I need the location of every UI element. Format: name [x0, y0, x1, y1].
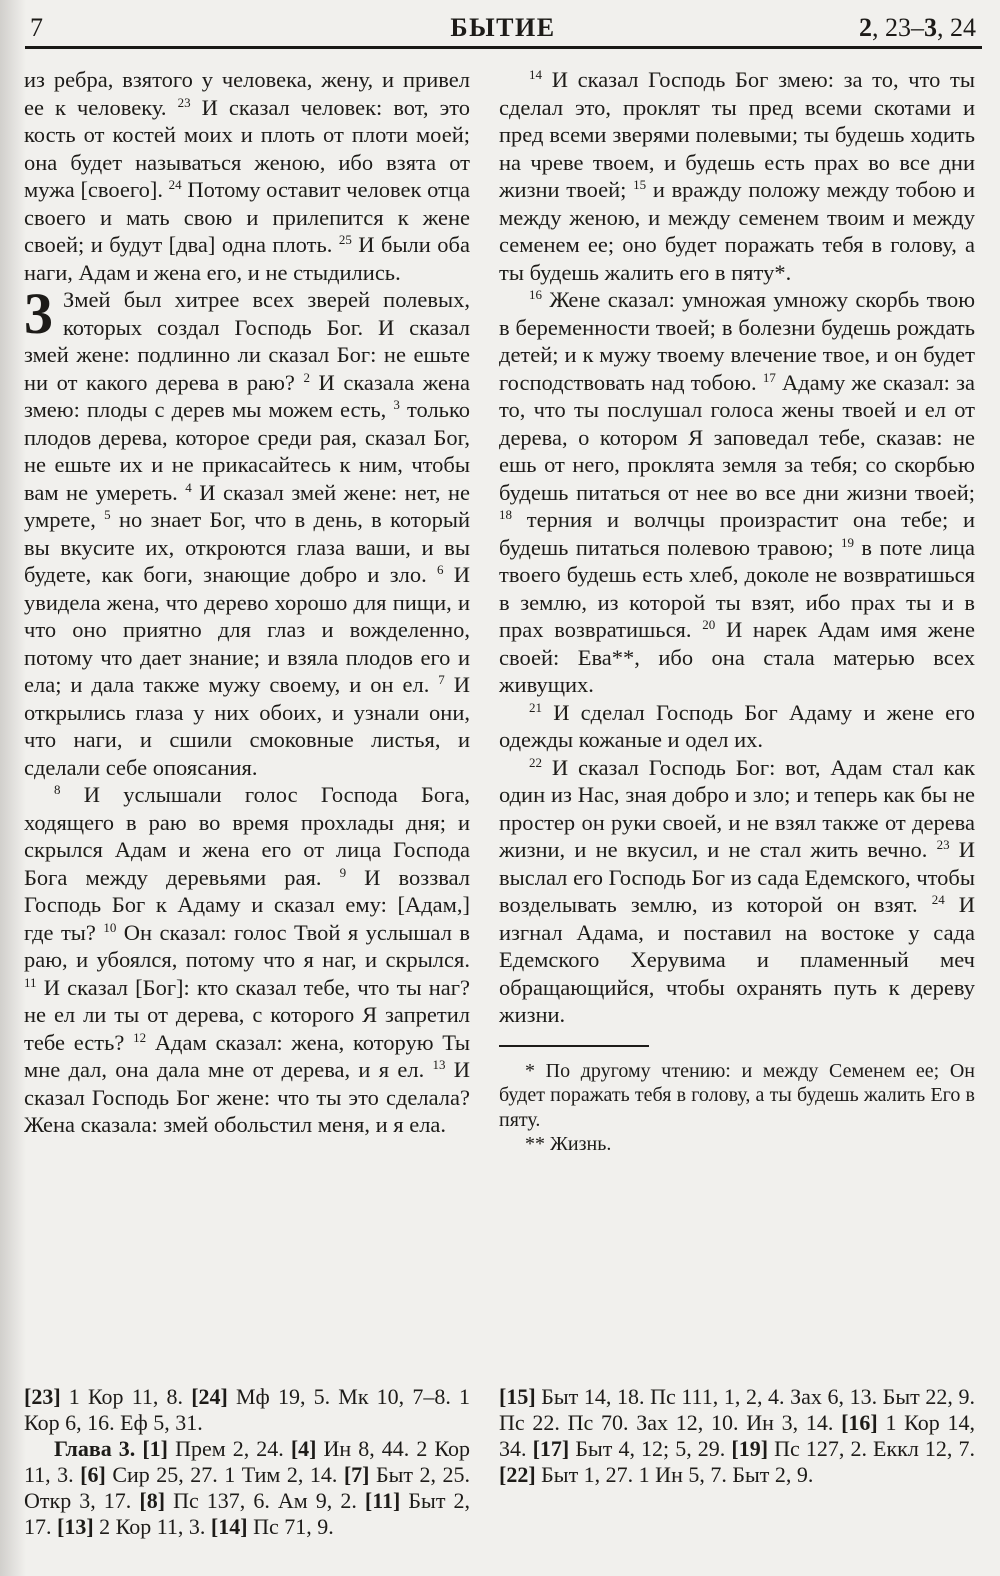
bold-text: [16]	[841, 1410, 878, 1435]
verse-number: 19	[841, 535, 854, 550]
verse-number: 16	[529, 287, 542, 302]
verse-number: 12	[133, 1030, 146, 1045]
verse-number: 8	[54, 782, 61, 797]
verse-number: 22	[529, 755, 542, 770]
page-number: 7	[30, 13, 43, 43]
verse-number: 5	[104, 507, 111, 522]
verse-range: 2, 23–3, 24	[859, 13, 976, 43]
bold-text: [8]	[139, 1488, 165, 1513]
bold-text: [23]	[24, 1384, 61, 1409]
verse-number: 25	[339, 232, 352, 247]
bold-text: [22]	[499, 1462, 536, 1487]
verse-number: 14	[529, 67, 542, 82]
verse-number: 18	[499, 507, 512, 522]
bold-text: [11]	[365, 1488, 400, 1513]
verse-number: 11	[24, 975, 37, 990]
bold-text: [1]	[142, 1436, 168, 1461]
chapter-number-dropcap: 3	[24, 289, 53, 338]
verse-number: 21	[529, 700, 542, 715]
header-rule	[25, 46, 982, 49]
running-header: 7 БЫТИЕ 2, 23–3, 24	[30, 11, 976, 45]
left-column: из ребра, взятого у человека, жену, и пр…	[24, 66, 470, 1576]
footnote-paragraph: * По другому чтению: и между Семенем ее;…	[499, 1059, 975, 1133]
scan-edge-shadow	[0, 0, 26, 1576]
bold-text: Глава 3.	[54, 1436, 135, 1461]
scripture-paragraph: 21 И сделал Господь Бог Адаму и жене его…	[499, 699, 975, 754]
verse-number: 2	[303, 370, 310, 385]
bold-text: [19]	[731, 1436, 768, 1461]
cross-reference-paragraph: [15] Быт 14, 18. Пс 111, 1, 2, 4. Зах 6,…	[499, 1384, 975, 1488]
scripture-paragraph: из ребра, взятого у человека, жену, и пр…	[24, 66, 470, 286]
verse-number: 6	[437, 562, 444, 577]
right-column-scripture-text: 14 И сказал Господь Бог змею: за то, что…	[499, 66, 975, 1029]
bold-text: [7]	[344, 1462, 370, 1487]
bold-text: [17]	[533, 1436, 570, 1461]
verse-number: 24	[932, 892, 945, 907]
verse-number: 7	[438, 672, 445, 687]
bold-text: 2	[859, 13, 872, 42]
bold-text: [24]	[191, 1384, 228, 1409]
verse-number: 23	[937, 837, 950, 852]
verse-number: 15	[633, 177, 646, 192]
scripture-paragraph: 16 Жене сказал: умножая умножу скорбь тв…	[499, 286, 975, 699]
bold-text: 3	[924, 13, 937, 42]
verse-number: 13	[432, 1057, 445, 1072]
right-column-cross-references: [15] Быт 14, 18. Пс 111, 1, 2, 4. Зах 6,…	[499, 1384, 975, 1488]
verse-number: 9	[340, 865, 347, 880]
footnote-paragraph: ** Жизнь.	[499, 1132, 975, 1157]
verse-number: 10	[103, 920, 116, 935]
cross-reference-paragraph: [23] 1 Кор 11, 8. [24] Мф 19, 5. Мк 10, …	[24, 1384, 470, 1436]
verse-number: 23	[178, 95, 191, 110]
book-title: БЫТИЕ	[450, 13, 555, 43]
cross-reference-paragraph: Глава 3. [1] Прем 2, 24. [4] Ин 8, 44. 2…	[24, 1436, 470, 1540]
scripture-paragraph: 8 И услышали голос Господа Бога, ходящег…	[24, 781, 470, 1139]
verse-number: 3	[393, 397, 400, 412]
left-column-cross-references: [23] 1 Кор 11, 8. [24] Мф 19, 5. Мк 10, …	[24, 1384, 470, 1540]
verse-number: 24	[169, 177, 182, 192]
verse-number: 17	[763, 370, 776, 385]
left-column-scripture-text: из ребра, взятого у человека, жену, и пр…	[24, 66, 470, 1139]
verse-number: 20	[702, 617, 715, 632]
scripture-paragraph: 3Змей был хитрее всех зверей полевых, ко…	[24, 286, 470, 781]
bold-text: [4]	[291, 1436, 317, 1461]
bold-text: [13]	[57, 1514, 94, 1539]
footnote-separator-rule	[499, 1045, 649, 1047]
scripture-paragraph: 22 И сказал Господь Бог: вот, Адам стал …	[499, 754, 975, 1029]
right-column: 14 И сказал Господь Бог змею: за то, что…	[499, 66, 975, 1576]
scripture-paragraph: 14 И сказал Господь Бог змею: за то, что…	[499, 66, 975, 286]
bold-text: [15]	[499, 1384, 536, 1409]
verse-number: 4	[185, 480, 192, 495]
bold-text: [6]	[80, 1462, 106, 1487]
footnotes: * По другому чтению: и между Семенем ее;…	[499, 1059, 975, 1157]
bold-text: [14]	[211, 1514, 248, 1539]
text-columns: из ребра, взятого у человека, жену, и пр…	[24, 66, 975, 1576]
scanned-bible-page: 7 БЫТИЕ 2, 23–3, 24 из ребра, взятого у …	[0, 0, 1000, 1576]
